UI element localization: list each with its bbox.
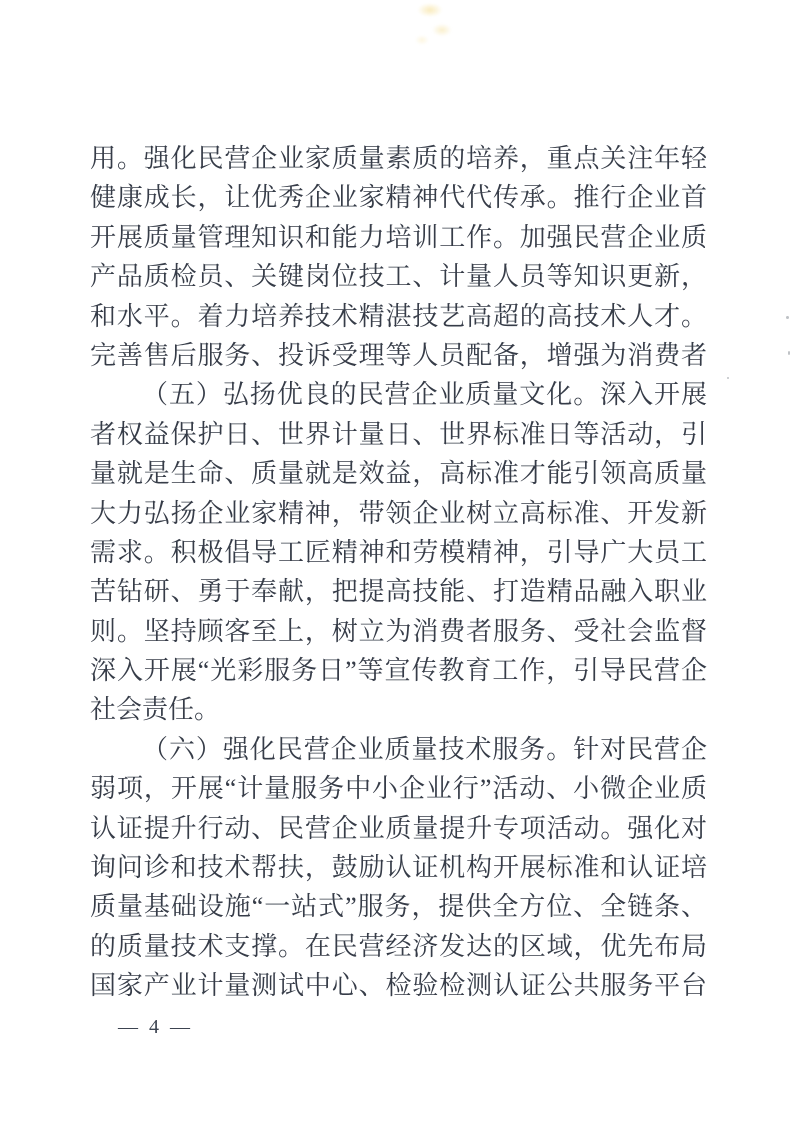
text-line: 社会责任。 <box>90 690 707 729</box>
scan-speck <box>727 377 729 379</box>
text-line: 质量基础设施“一站式”服务，提供全方位、全链条、全生命周期 <box>90 887 707 926</box>
text-line: 则。坚持顾客至上，树立为消费者服务、受社会监督的责任意识。 <box>90 612 707 651</box>
text-line: 询问诊和技术帮扶，鼓励认证机构开展标准和认证培训。大力推行 <box>90 848 707 887</box>
text-line: 者权益保护日、世界计量日、世界标准日等活动，引导企业树立质 <box>90 415 707 454</box>
text-line: 深入开展“光彩服务日”等宣传教育工作，引导民营企业更好履行 <box>90 651 707 690</box>
page-number: — 4 — <box>118 1016 193 1039</box>
text-line: 用。强化民营企业家质量素质的培养，重点关注年轻一代企业家的 <box>90 139 707 178</box>
text-line: 认证提升行动、民营企业质量提升专项活动。强化对民营企业的咨 <box>90 809 707 848</box>
text-line: 弱项，开展“计量服务中小企业行”活动、小微企业质量管理体系 <box>90 769 707 808</box>
text-line-section-heading: （六）强化民营企业质量技术服务。针对民营企业质量短板和 <box>90 730 707 769</box>
text-line: 国家产业计量测试中心、检验检测认证公共服务平台示范区，支撑 <box>90 966 707 1005</box>
text-line: 需求。积极倡导工匠精神和劳模精神，引导广大员工爱岗敬业、刻 <box>90 533 707 572</box>
text-line: 苦钻研、勇于奉献，把提高技能、打造精品融入职业目标和行为准 <box>90 572 707 611</box>
text-line: 量就是生命、质量就是效益，高标准才能引领高质量发展的理念。 <box>90 454 707 493</box>
text-line: 和水平。着力培养技术精湛技艺高超的高技术人才。引导民营企业 <box>90 297 707 336</box>
text-line: 健康成长，让优秀企业家精神代代传承。推行企业首席质量官制度， <box>90 178 707 217</box>
text-line: 大力弘扬企业家精神，带领企业树立高标准、开发新产品、满足新 <box>90 494 707 533</box>
text-line: 开展质量管理知识和能力培训工作。加强民营企业质量管理人员、 <box>90 218 707 257</box>
text-line-section-heading: （五）弘扬优良的民营企业质量文化。深入开展质量月、消费 <box>90 375 707 414</box>
text-line: 产品质检员、关键岗位技工、计量人员等知识更新，提高专业能力 <box>90 257 707 296</box>
scan-speck <box>786 316 789 319</box>
text-line: 的质量技术支撑。在民营经济发达的区域，优先布局国家质检中心、 <box>90 927 707 966</box>
scan-speck <box>788 351 790 355</box>
text-line: 完善售后服务、投诉受理等人员配备，增强为消费者服务的能力。 <box>90 336 707 375</box>
scan-smudge-artifact <box>392 0 472 60</box>
document-page: 用。强化民营企业家质量素质的培养，重点关注年轻一代企业家的 健康成长，让优秀企业… <box>0 0 800 1130</box>
document-body: 用。强化民营企业家质量素质的培养，重点关注年轻一代企业家的 健康成长，让优秀企业… <box>90 139 707 1006</box>
